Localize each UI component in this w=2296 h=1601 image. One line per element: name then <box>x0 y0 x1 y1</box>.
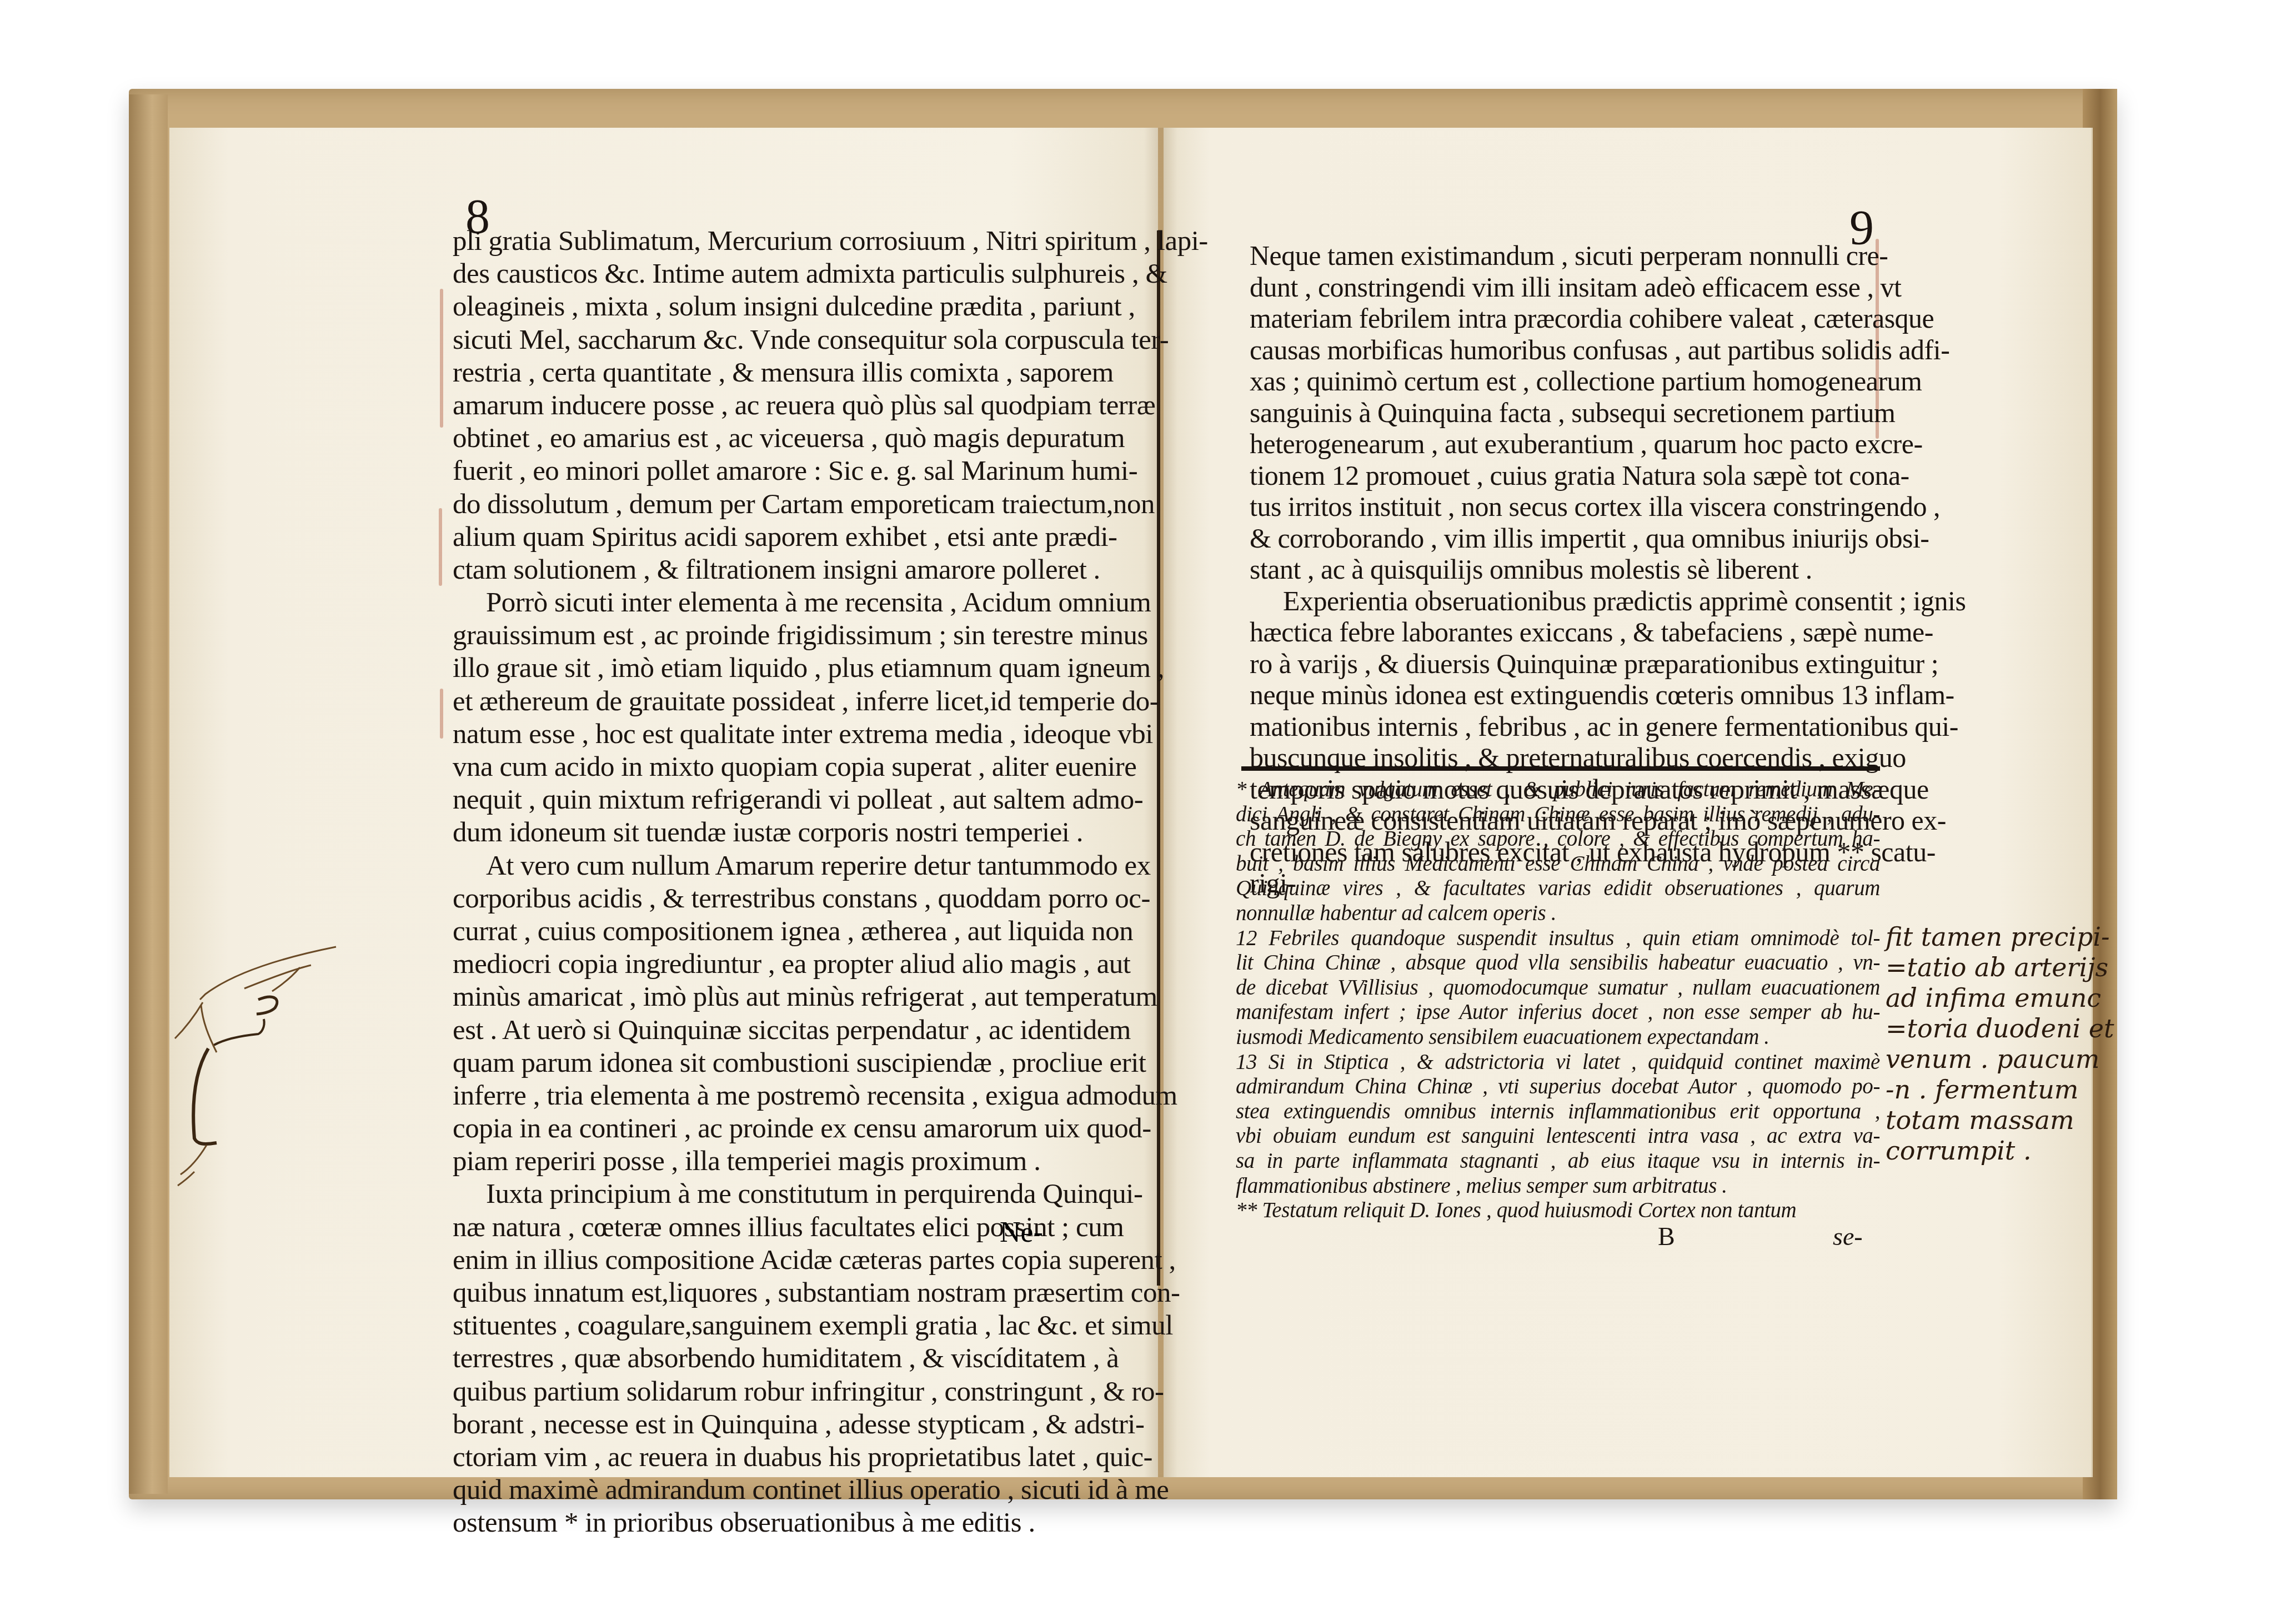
handwritten-line: =tatio ab arterijs <box>1886 952 2069 983</box>
signature-mark: B <box>1658 1222 1675 1251</box>
text-line: piam reperiri posse , illa temperiei mag… <box>453 1145 1114 1178</box>
text-line: fuerit , eo minori pollet amarore : Sic … <box>453 455 1114 488</box>
footnote-line: nonnullæ habentur ad calcem operis . <box>1236 901 1880 926</box>
catchword-left: Ne- <box>1000 1216 1043 1249</box>
text-line: borant , necesse est in Quinquina , ades… <box>453 1408 1114 1441</box>
red-margin-mark <box>439 508 442 586</box>
text-line: stituentes , coagulare,sanguinem exempli… <box>453 1309 1114 1342</box>
text-line: des causticos &c. Intime autem admixta p… <box>453 258 1114 290</box>
red-margin-mark <box>440 289 443 428</box>
text-line: vna cum acido in mixto quopiam copia sup… <box>453 751 1114 784</box>
text-line: ctam solutionem , & filtrationem insigni… <box>453 554 1114 586</box>
catchword-right: se- <box>1833 1222 1863 1251</box>
text-line: et æthereum de grauitate possideat , inf… <box>453 685 1114 718</box>
handwritten-marginal-note: fit tamen precipi-=tatio ab arterijsad i… <box>1886 922 2069 1166</box>
footnote-line: manifestam infert ; ipse Autor inferius … <box>1236 1000 1880 1025</box>
footnote-line: vbi obuiam eundum est sanguini lentescen… <box>1236 1124 1880 1149</box>
footnote-line: stea extinguendis omnibus internis infla… <box>1236 1100 1880 1125</box>
text-line: pli gratia Sublimatum, Mercurium corrosi… <box>453 225 1114 258</box>
handwritten-line: =toria duodeni et <box>1886 1013 2069 1044</box>
footnote-line: lit China Chinæ , absque quod vlla sensi… <box>1236 951 1880 976</box>
text-line: Neque tamen existimandum , sicuti perper… <box>1250 240 1877 272</box>
text-line: illo graue sit , imò etiam liquido , plu… <box>453 652 1114 685</box>
text-line: dunt , constringendi vim illi insitam ad… <box>1250 272 1877 303</box>
manicule-icon <box>167 916 455 1277</box>
text-line: currat , cuius compositionem ignea , æth… <box>453 915 1114 948</box>
text-line: quam parum idonea sit combustioni suscip… <box>453 1047 1114 1080</box>
footnote-line: ** Testatum reliquit D. Iones , quod hui… <box>1236 1198 1880 1223</box>
handwritten-line: fit tamen precipi- <box>1886 922 2069 952</box>
text-line: est . At uerò si Quinquinæ siccitas perp… <box>453 1014 1114 1047</box>
handwritten-line: corrumpit . <box>1886 1136 2069 1166</box>
text-line: causas morbificas humoribus confusas , a… <box>1250 334 1877 366</box>
text-line: hæctica febre laborantes exiccans , & ta… <box>1250 616 1877 648</box>
text-line: grauissimum est , ac proinde frigidissim… <box>453 619 1114 652</box>
text-line: corporibus acidis , & terrestribus const… <box>453 882 1114 915</box>
cover-left-edge <box>129 94 168 1494</box>
handwritten-line: venum . paucum <box>1886 1044 2069 1075</box>
text-line: sicuti Mel, saccharum &c. Vnde consequit… <box>453 324 1114 357</box>
footnote-line: * Antequam vulgatum esset , & publici iu… <box>1236 777 1880 802</box>
text-line: inferre , tria elementa à me postremò re… <box>453 1080 1114 1112</box>
left-page-body: pli gratia Sublimatum, Mercurium corrosi… <box>453 225 1114 1540</box>
text-line: & corroborando , vim illis impertit , qu… <box>1250 523 1877 554</box>
text-line: amarum inducere posse , ac reuera quò pl… <box>453 389 1114 422</box>
text-line: sanguinis à Quinquina facta , subsequi s… <box>1250 397 1877 429</box>
text-line: tus irritos instituit , non secus cortex… <box>1250 491 1877 523</box>
text-line: materiam febrilem intra præcordia cohibe… <box>1250 303 1877 334</box>
handwritten-line: ad infima emunc <box>1886 983 2069 1013</box>
footnote-line: iusmodi Medicamento sensibilem euacuatio… <box>1236 1025 1880 1050</box>
text-line: obtinet , eo amarius est , ac viceuersa … <box>453 422 1114 455</box>
text-line: oleagineis , mixta , solum insigni dulce… <box>453 290 1114 323</box>
text-line: nequit , quin mixtum refrigerandi vi pol… <box>453 784 1114 816</box>
text-line: mediocri copia ingrediuntur , ea propter… <box>453 948 1114 981</box>
footnote-line: 13 Si in Stiptica , & adstrictoria vi la… <box>1236 1050 1880 1075</box>
text-line: At vero cum nullum Amarum reperire detur… <box>453 850 1114 882</box>
text-line: copia in ea contineri , ac proinde ex ce… <box>453 1112 1114 1145</box>
text-line: ctoriam vim , ac reuera in duabus his pr… <box>453 1441 1114 1474</box>
footnote-line: flammationibus abstinere , melius semper… <box>1236 1174 1880 1199</box>
text-line: do dissolutum , demum per Cartam emporet… <box>453 488 1114 521</box>
footnote-rule <box>1241 766 1880 771</box>
footnote-line: sa in parte inflammata stagnanti , ab ei… <box>1236 1149 1880 1174</box>
text-line: tionem 12 promouet , cuius gratia Natura… <box>1250 460 1877 491</box>
footnote-line: admirandum China Chinæ , vti superius do… <box>1236 1075 1880 1100</box>
handwritten-line: totam massam <box>1886 1105 2069 1136</box>
text-line: xas ; quinimò certum est , collectione p… <box>1250 365 1877 397</box>
footnote-line: ch tamen D. de Biegny ex sapore , colore… <box>1236 827 1880 852</box>
text-line: dum idoneum sit tuendæ iustæ corporis no… <box>453 816 1114 849</box>
text-line: heterogenearum , aut exuberantium , quar… <box>1250 428 1877 460</box>
text-line: ro à varijs , & diuersis Quinquinæ præpa… <box>1250 648 1877 680</box>
footnote-line: Quinquinæ vires , & facultates varias ed… <box>1236 876 1880 901</box>
footnote-line: buit , basim illius Medicamenti esse Chi… <box>1236 852 1880 877</box>
footnote-line: 12 Febriles quandoque suspendit insultus… <box>1236 926 1880 951</box>
text-line: neque minùs idonea est extinguendis cœte… <box>1250 679 1877 711</box>
text-line: Porrò sicuti inter elementa à me recensi… <box>453 586 1114 619</box>
text-line: natum esse , hoc est qualitate inter ext… <box>453 718 1114 751</box>
text-line: minùs amaricat , imò plùs aut minùs refr… <box>453 981 1114 1013</box>
text-line: terrestres , quæ absorbendo humiditatem … <box>453 1342 1114 1375</box>
handwritten-line: -n . fermentum <box>1886 1075 2069 1105</box>
text-line: quid maximè admirandum continet illius o… <box>453 1474 1114 1507</box>
text-line: alium quam Spiritus acidi saporem exhibe… <box>453 521 1114 554</box>
text-line: restria , certa quantitate , & mensura i… <box>453 357 1114 389</box>
text-line: stant , ac à quisquilijs omnibus molesti… <box>1250 554 1877 585</box>
footnote-line: dici Angli , & constaret Chinam Chinæ es… <box>1236 802 1880 827</box>
footnotes: * Antequam vulgatum esset , & publici iu… <box>1236 777 1880 1223</box>
text-line: Experientia obseruationibus prædictis ap… <box>1250 585 1877 617</box>
text-line: quibus partium solidarum robur infringit… <box>453 1376 1114 1408</box>
text-line: Iuxta principium à me constitutum in per… <box>453 1178 1114 1211</box>
footnote-line: de dicebat VVillisius , quomodocumque su… <box>1236 976 1880 1001</box>
red-margin-mark <box>440 689 443 739</box>
book-gutter-thread <box>1157 230 1160 1286</box>
text-line: mationibus internis , febribus , ac in g… <box>1250 711 1877 742</box>
text-line: ostensum * in prioribus obseruationibus … <box>453 1507 1114 1539</box>
text-line: quibus innatum est,liquores , substantia… <box>453 1277 1114 1309</box>
